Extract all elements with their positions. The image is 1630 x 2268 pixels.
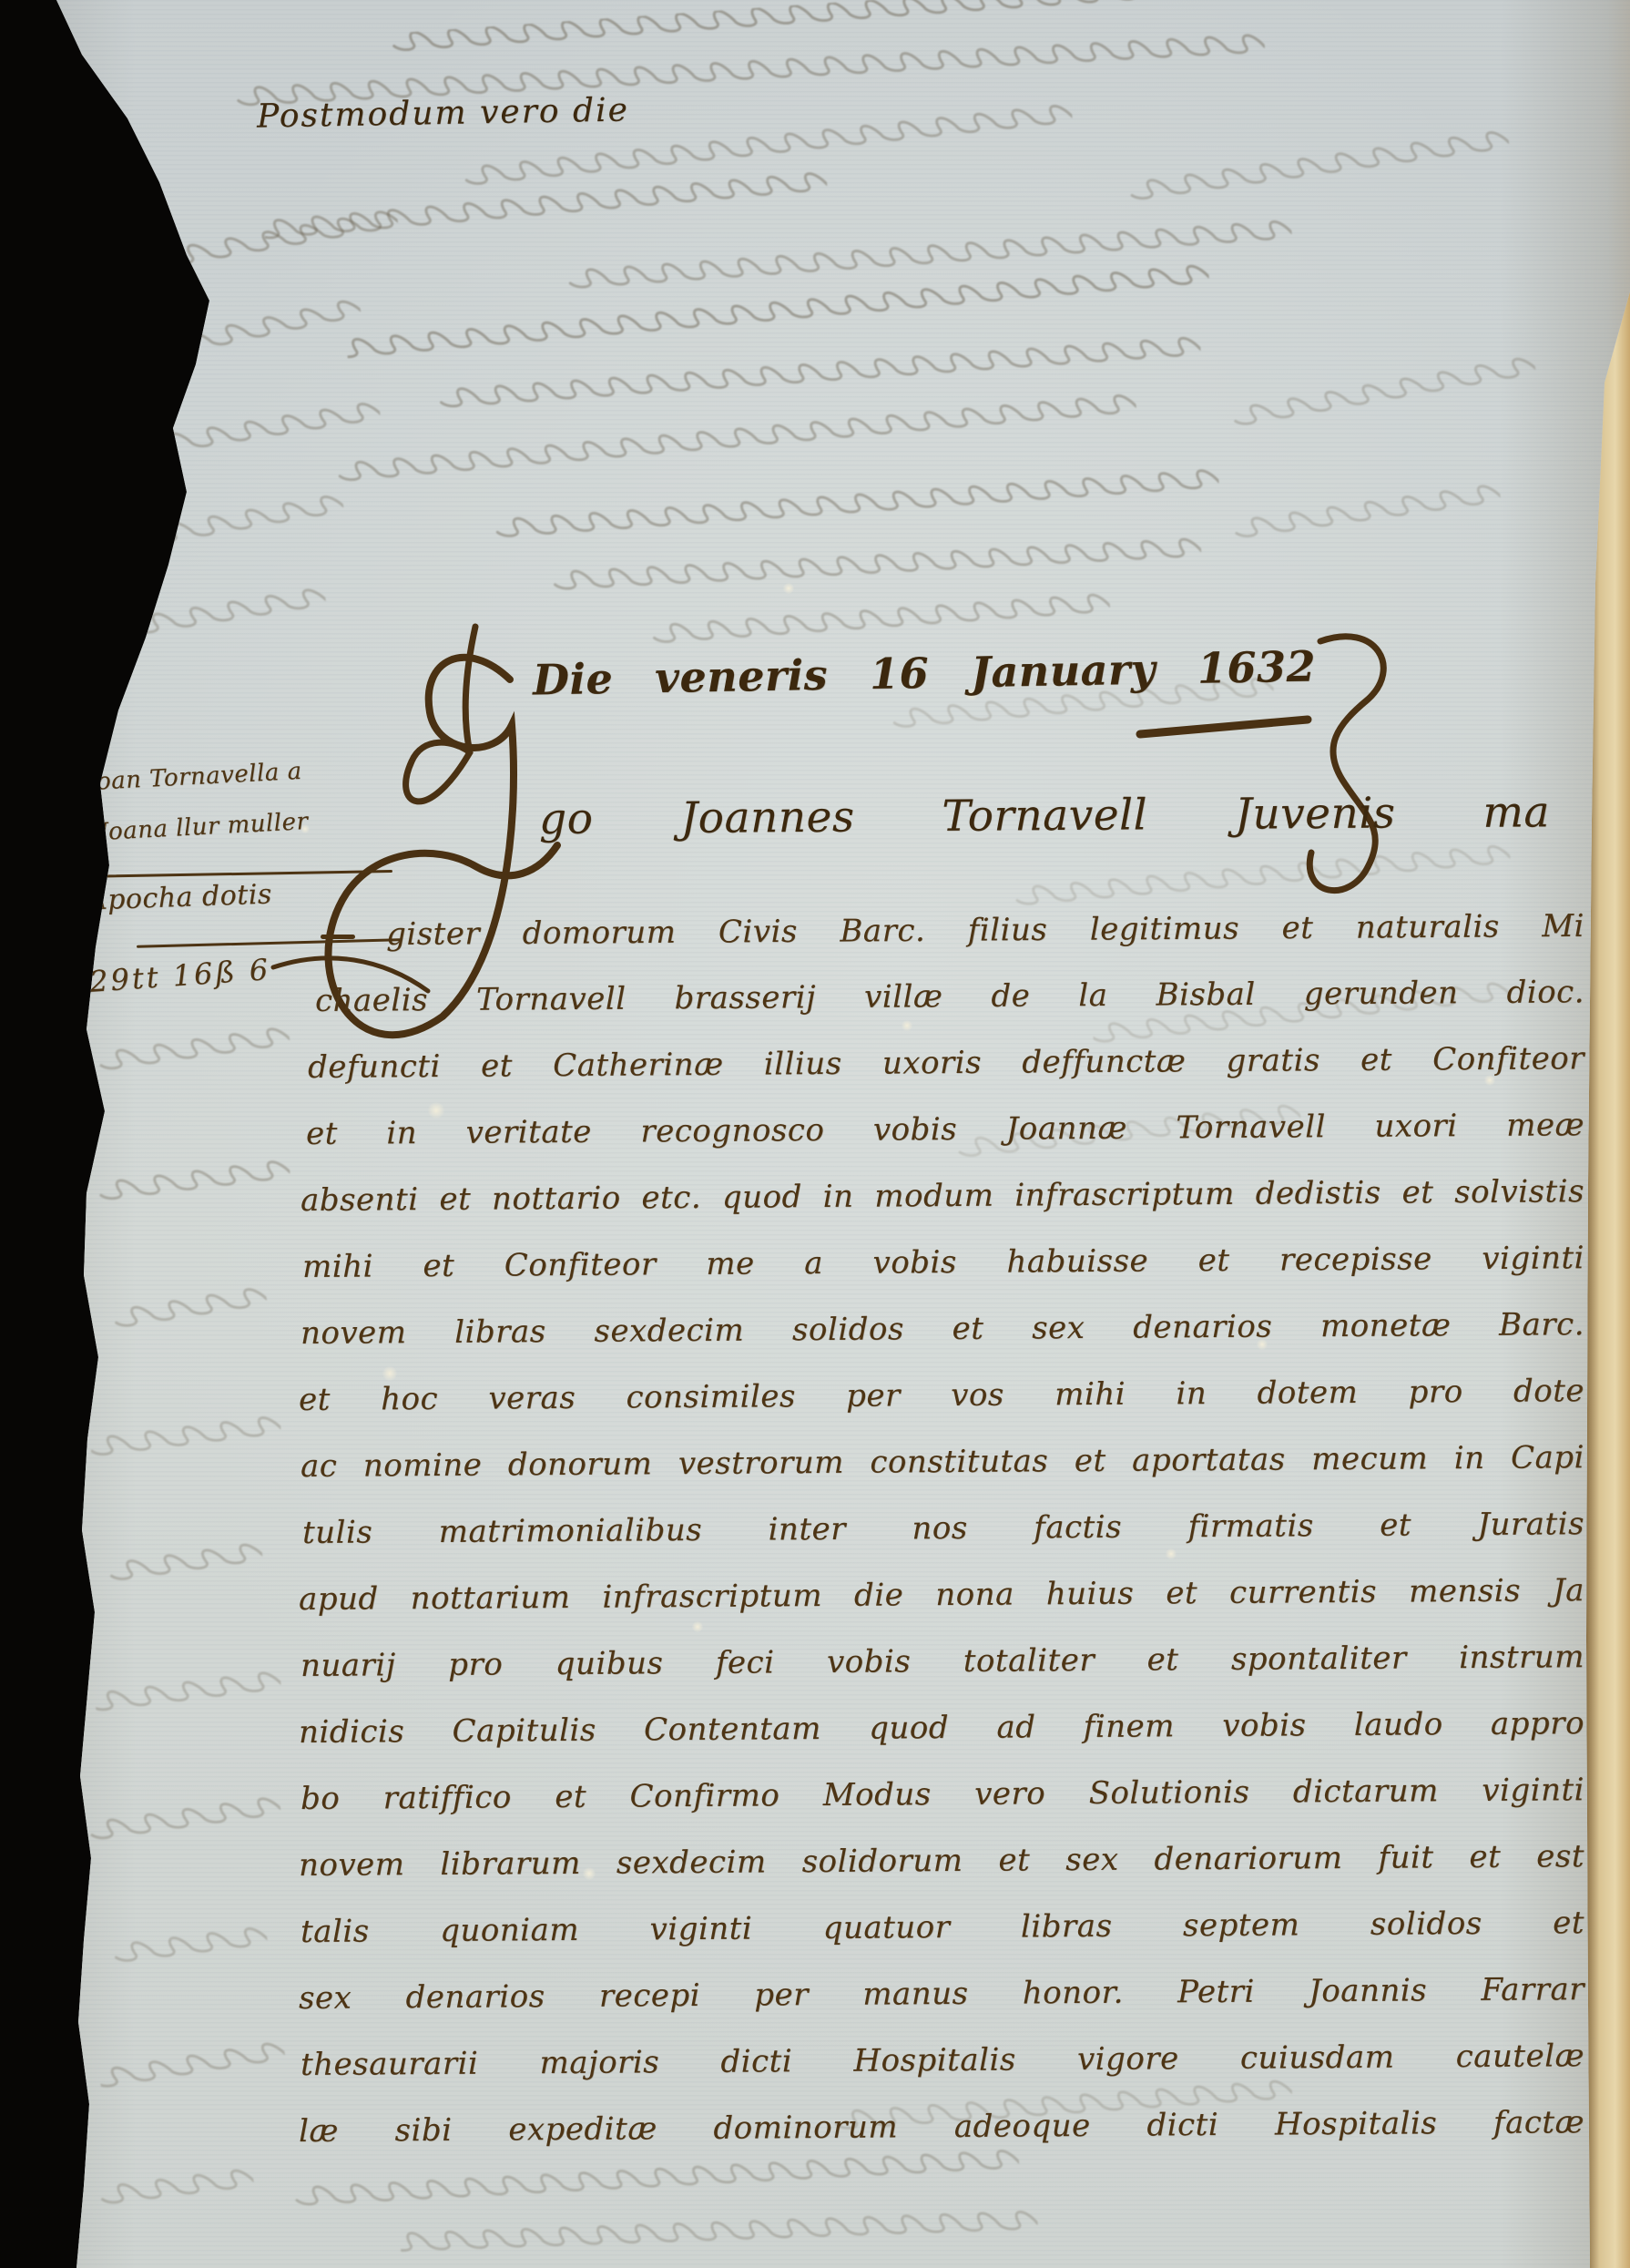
body-text-line: ac nomine donorum vestrorum constitutas …: [301, 1439, 1584, 1485]
bleedthrough-script-line: [98, 1285, 271, 1351]
manuscript-page: Postmodum vero die Die veneris 16 Januar…: [0, 0, 1630, 2268]
photograph-background: { "document": { "kind": "17th-century no…: [0, 0, 1630, 2268]
bleedthrough-script-line: [263, 170, 829, 260]
paper-fleck: [1166, 1548, 1177, 1559]
paper-fleck: [382, 1366, 397, 1381]
line-lead-dash: [321, 935, 355, 939]
body-text-line: bo ratiffico et Confirmo Modus vero Solu…: [301, 1772, 1584, 1817]
bleedthrough-script-line: [89, 1414, 284, 1476]
body-text-line: et hoc veras consimiles per vos mihi in …: [299, 1373, 1584, 1418]
paper-fleck: [692, 1621, 703, 1632]
bleedthrough-script-line: [1128, 128, 1513, 221]
body-text-line: tulis matrimonialibus inter nos factis f…: [302, 1506, 1584, 1551]
bleedthrough-script-line: [135, 492, 348, 567]
date-leading-flourish: [406, 627, 475, 802]
body-text-line: novem libras sexdecim solidos et sex den…: [301, 1306, 1584, 1352]
bleedthrough-script-line: [98, 2039, 289, 2109]
paper-fleck: [902, 1020, 912, 1031]
bleedthrough-script-line: [319, 393, 1138, 504]
margin-act-label: Apocha dotis: [87, 878, 272, 916]
bleedthrough-script-line: [144, 297, 366, 382]
body-text-line: gister domorum Civis Barc. filius legiti…: [386, 908, 1584, 953]
bleedthrough-script-line: [272, 2149, 1020, 2228]
body-text-line: mihi et Confiteor me a vobis habuisse et…: [302, 1240, 1584, 1285]
year-underline: [1140, 720, 1308, 734]
margin-rule-bottom: [137, 938, 401, 948]
bleedthrough-script-line: [94, 1670, 284, 1732]
bleedthrough-script-line: [1210, 354, 1540, 451]
bleedthrough-script-line: [400, 2210, 1038, 2268]
bleedthrough-script-line: [85, 1158, 293, 1222]
initial-e-flourish: [328, 658, 557, 1035]
body-text-line: defuncti et Catherinæ illius uxoris deff…: [308, 1040, 1584, 1086]
bleedthrough-script-line: [545, 536, 1202, 611]
margin-rule-top: [78, 870, 392, 878]
body-text-line: apud nottarium infrascriptum die nona hu…: [299, 1572, 1584, 1618]
bleedthrough-script-line: [153, 400, 384, 475]
body-text-line: chaelis Tornavell brasserij villæ de la …: [315, 974, 1584, 1019]
body-text-line: thesaurarii majoris dicti Hospitalis vig…: [301, 2038, 1584, 2083]
body-text-line: læ sibi expeditæ dominorum adeoque dicti…: [299, 2104, 1584, 2150]
body-text-line: nidicis Capitulis Contentam quod ad fine…: [299, 1705, 1584, 1751]
bleedthrough-script-line: [419, 335, 1203, 430]
date-line: Die veneris 16 January 1632: [533, 641, 1317, 704]
bleedthrough-script-line: [85, 1541, 266, 1606]
body-text-line: absenti et nottario etc. quod in modum i…: [301, 1173, 1584, 1219]
paper-fleck: [783, 583, 794, 594]
bleedthrough-script-line: [85, 1794, 284, 1861]
bleedthrough-script-line: [94, 1025, 293, 1091]
bleedthrough-script-line: [126, 586, 330, 657]
body-text-line: nuarij pro quibus feci vobis totaliter e…: [301, 1639, 1584, 1684]
body-text-line: sex denarios recepi per manus honor. Pet…: [299, 1971, 1584, 2017]
margin-party-line2: Joana llur muller: [97, 808, 309, 846]
bleedthrough-script-line: [564, 219, 1293, 310]
body-text-line: talis quoniam viginti quatuor libras sep…: [301, 1905, 1584, 1950]
body-text-line: et in veritate recognosco vobis Joannæ T…: [306, 1107, 1584, 1152]
margin-amount: 29tt 16ß 6: [88, 952, 271, 999]
bleedthrough-script-line: [392, 0, 1194, 74]
body-text-line: go Joannes Tornavell Juvenis ma: [539, 787, 1550, 844]
bleedthrough-script-line: [346, 263, 1211, 379]
margin-party-line1: Joan Tornavella a: [86, 758, 302, 796]
header-note: Postmodum vero die: [257, 91, 629, 135]
date-trailing-brace: [1309, 637, 1383, 891]
bleedthrough-script-line: [89, 1925, 270, 1986]
bleedthrough-script-line: [85, 2167, 257, 2227]
bleedthrough-script-line: [162, 208, 402, 288]
body-text-line: novem librarum sexdecim solidorum et sex…: [299, 1838, 1584, 1884]
bleedthrough-script-line: [473, 467, 1220, 559]
bleedthrough-script-line: [1228, 482, 1503, 559]
